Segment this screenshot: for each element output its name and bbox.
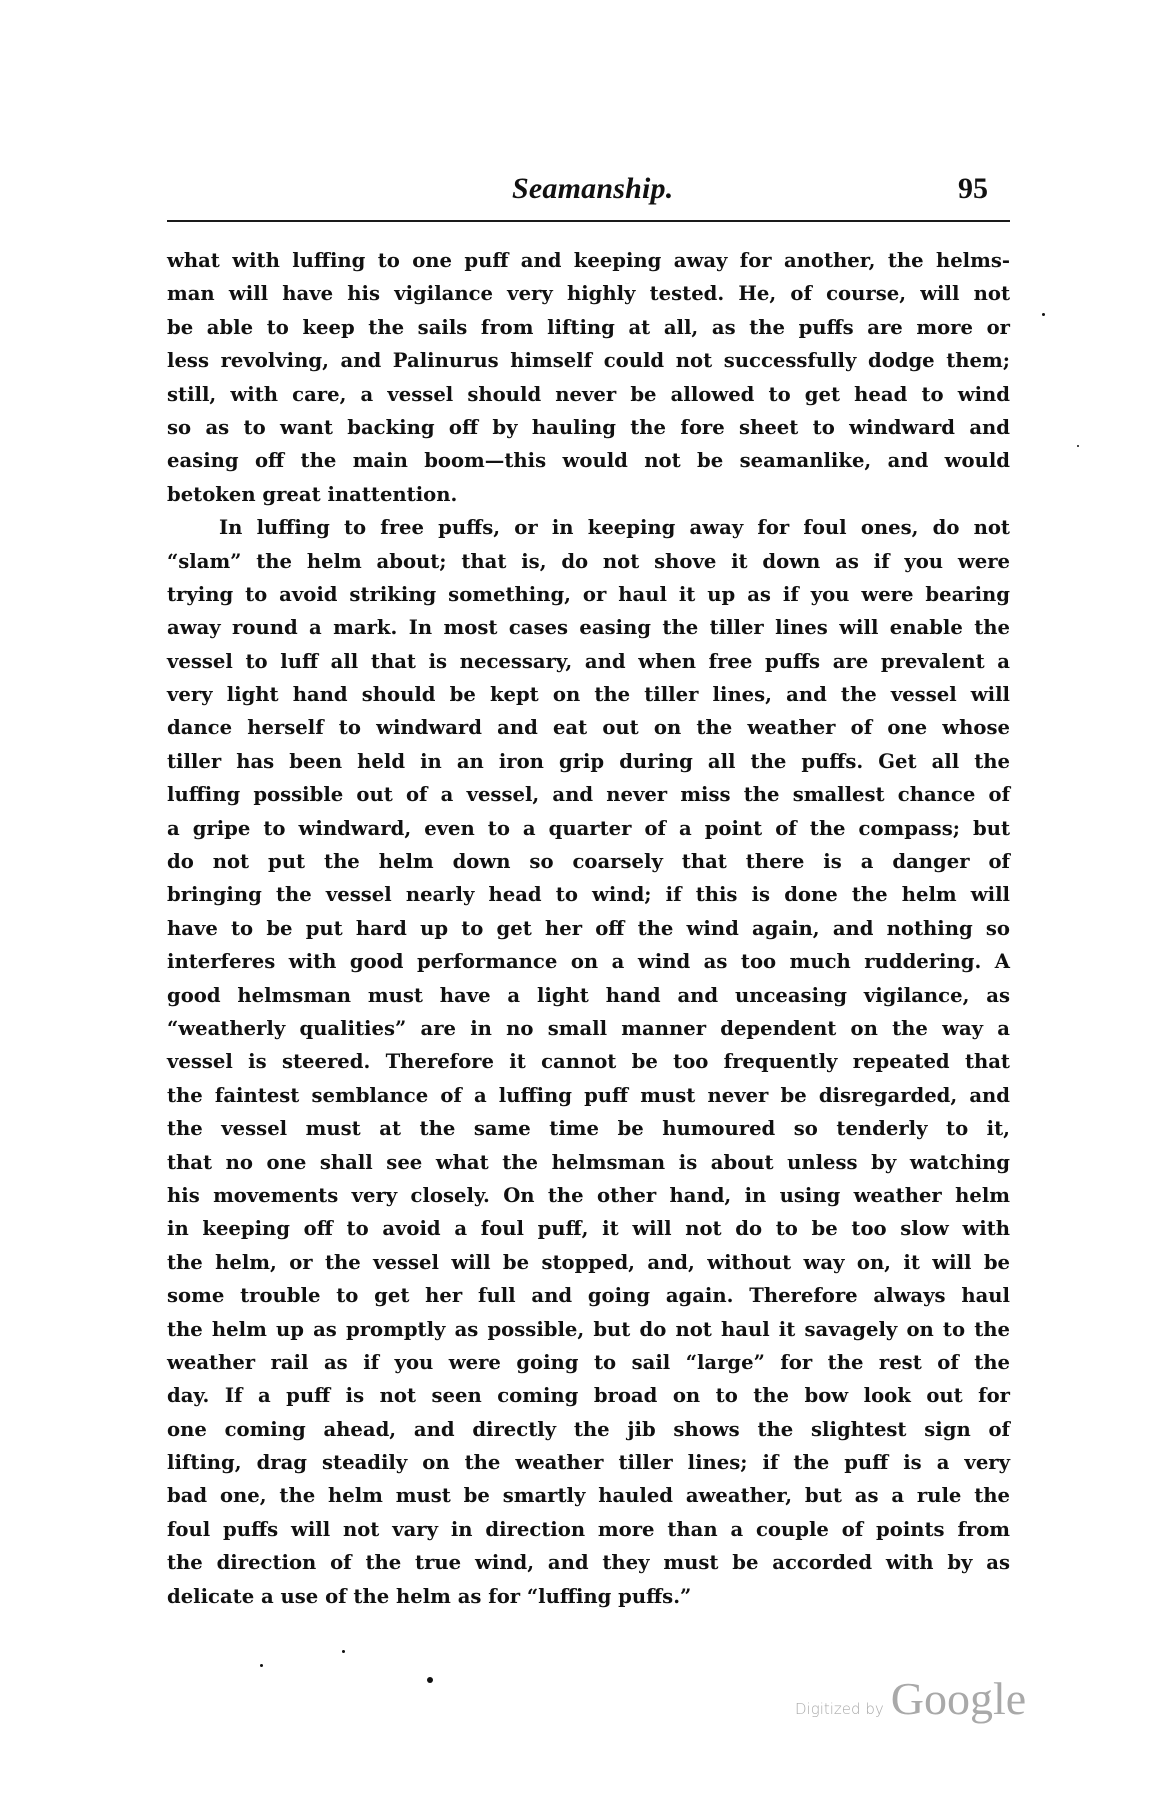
- text-line: interferes with good performance on a wi…: [167, 945, 1010, 978]
- text-line: betoken great inattention.: [167, 478, 1010, 511]
- text-line: tiller has been held in an iron grip dur…: [167, 745, 1010, 778]
- text-line: the faintest semblance of a luffing puff…: [167, 1079, 1010, 1112]
- text-line: still, with care, a vessel should never …: [167, 378, 1010, 411]
- google-logo-text: Google: [891, 1673, 1026, 1724]
- watermark-prefix: Digitized by: [795, 1700, 884, 1718]
- text-line: have to be put hard up to get her off th…: [167, 912, 1010, 945]
- text-line: delicate a use of the helm as for “luffi…: [167, 1580, 1010, 1613]
- digitized-by-google-watermark: Digitized by Google: [795, 1672, 1026, 1725]
- text-line: bringing the vessel nearly head to wind;…: [167, 878, 1010, 911]
- header-rule: [167, 220, 1010, 222]
- text-line: the helm up as promptly as possible, but…: [167, 1313, 1010, 1346]
- body-text: what with luffing to one puff and keepin…: [167, 244, 1010, 1613]
- text-line: good helmsman must have a light hand and…: [167, 979, 1010, 1012]
- text-line: luffing possible out of a vessel, and ne…: [167, 778, 1010, 811]
- running-title: Seamanship.: [512, 172, 673, 206]
- text-line: In luffing to free puffs, or in keeping …: [167, 511, 1010, 544]
- scan-speck: [260, 1664, 263, 1667]
- scan-speck: [1077, 445, 1079, 447]
- text-line: dance herself to windward and eat out on…: [167, 711, 1010, 744]
- page-number: 95: [958, 172, 988, 206]
- text-line: trying to avoid striking something, or h…: [167, 578, 1010, 611]
- text-line: weather rail as if you were going to sai…: [167, 1346, 1010, 1379]
- paragraph: what with luffing to one puff and keepin…: [167, 244, 1010, 511]
- text-line: away round a mark. In most cases easing …: [167, 611, 1010, 644]
- text-line: the vessel must at the same time be humo…: [167, 1112, 1010, 1145]
- text-line: one coming ahead, and directly the jib s…: [167, 1413, 1010, 1446]
- text-line: some trouble to get her full and going a…: [167, 1279, 1010, 1312]
- text-line: man will have his vigilance very highly …: [167, 277, 1010, 310]
- scan-speck: [342, 1650, 345, 1653]
- text-line: the direction of the true wind, and they…: [167, 1546, 1010, 1579]
- text-line: the helm, or the vessel will be stopped,…: [167, 1246, 1010, 1279]
- book-page: Seamanship. 95 what with luffing to one …: [0, 0, 1153, 1800]
- text-line: vessel to luff all that is necessary, an…: [167, 645, 1010, 678]
- text-line: lifting, drag steadily on the weather ti…: [167, 1446, 1010, 1479]
- text-line: so as to want backing off by hauling the…: [167, 411, 1010, 444]
- text-line: that no one shall see what the helmsman …: [167, 1146, 1010, 1179]
- text-line: less revolving, and Palinurus himself co…: [167, 344, 1010, 377]
- text-line: bad one, the helm must be smartly hauled…: [167, 1479, 1010, 1512]
- text-line: easing off the main boom—this would not …: [167, 444, 1010, 477]
- text-line: vessel is steered. Therefore it cannot b…: [167, 1045, 1010, 1078]
- scan-speck: [1042, 313, 1045, 316]
- text-line: foul puffs will not vary in direction mo…: [167, 1513, 1010, 1546]
- text-line: a gripe to windward, even to a quarter o…: [167, 812, 1010, 845]
- text-line: do not put the helm down so coarsely tha…: [167, 845, 1010, 878]
- paragraph: In luffing to free puffs, or in keeping …: [167, 511, 1010, 1613]
- scan-speck: [427, 1677, 433, 1683]
- text-line: “weatherly qualities” are in no small ma…: [167, 1012, 1010, 1045]
- text-line: in keeping off to avoid a foul puff, it …: [167, 1212, 1010, 1245]
- text-line: very light hand should be kept on the ti…: [167, 678, 1010, 711]
- running-head: Seamanship. 95: [167, 168, 1010, 212]
- text-line: what with luffing to one puff and keepin…: [167, 244, 1010, 277]
- text-line: his movements very closely. On the other…: [167, 1179, 1010, 1212]
- text-line: day. If a puff is not seen coming broad …: [167, 1379, 1010, 1412]
- text-line: be able to keep the sails from lifting a…: [167, 311, 1010, 344]
- text-line: “slam” the helm about; that is, do not s…: [167, 545, 1010, 578]
